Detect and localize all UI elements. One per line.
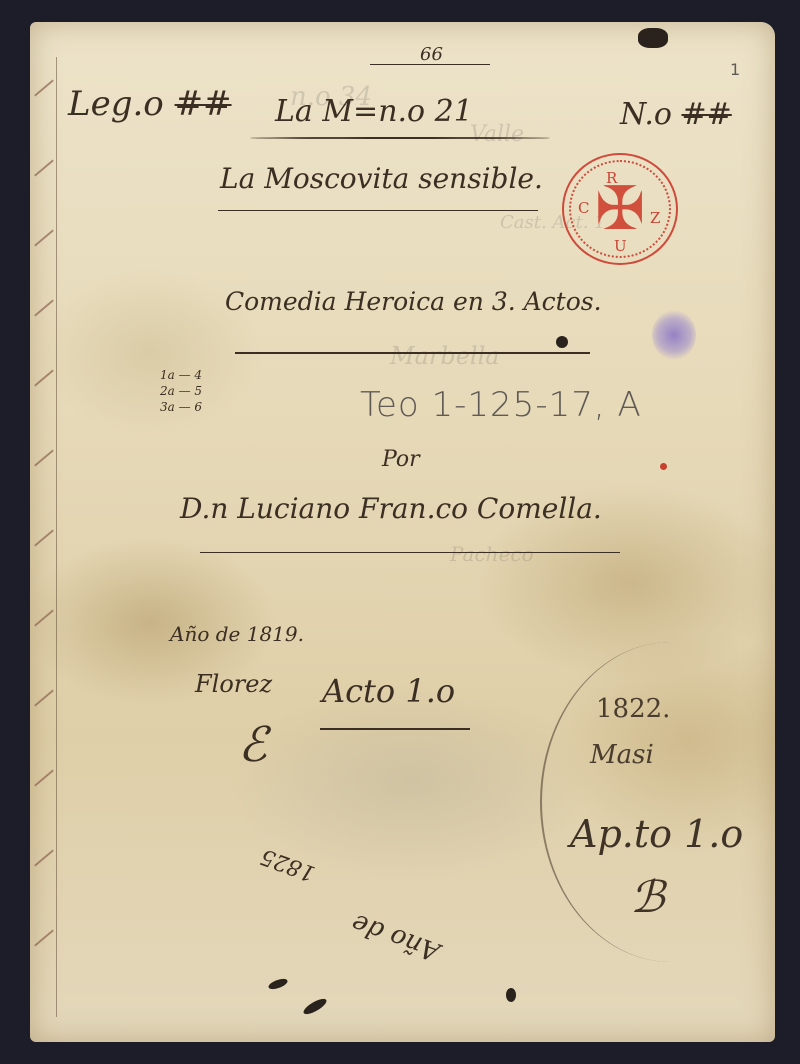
- ink-blot: [267, 977, 289, 991]
- act-count: 2a — 5: [160, 383, 202, 399]
- struck-superscript: 66: [420, 44, 443, 65]
- genre-line: Comedia Heroica en 3. Actos.: [225, 287, 602, 316]
- strike-line: [370, 64, 490, 65]
- bundle-mark: Leg.o ##: [68, 84, 232, 124]
- act-heading: Acto 1.o: [322, 672, 455, 710]
- margin-arc: [540, 642, 800, 962]
- maltese-cross-icon: ✠: [595, 179, 645, 239]
- act-count-list: 1a — 4 2a — 5 3a — 6: [160, 367, 202, 415]
- genre-underline: [235, 352, 590, 354]
- ink-blot: [506, 988, 516, 1002]
- bleed-through-text: Pacheco: [450, 542, 534, 566]
- stamp-letter: R: [606, 169, 617, 187]
- author-name: D.n Luciano Fran.co Comella.: [180, 492, 602, 525]
- purple-ink-stamp: [652, 310, 696, 360]
- note-flourish: ℬ: [630, 872, 665, 923]
- title-underline: [218, 210, 538, 211]
- inverted-note: Año de: [348, 907, 444, 966]
- author-underline: [200, 552, 620, 553]
- act-underline: [320, 728, 470, 730]
- bleed-through-text: Marbella: [390, 342, 500, 370]
- by-label: Por: [382, 447, 420, 472]
- bleed-through-text: Valle: [470, 122, 524, 147]
- stamp-letter: U: [614, 237, 627, 255]
- sewn-binding: [30, 57, 57, 1017]
- year-note: Año de 1819.: [170, 622, 304, 646]
- ink-blot: [638, 28, 668, 48]
- red-dot: [660, 463, 667, 470]
- play-title: La Moscovita sensible.: [220, 162, 543, 195]
- note-approval: Ap.to 1.o: [570, 812, 743, 856]
- act-count: 1a — 4: [160, 367, 202, 383]
- stamp-letter: Z: [650, 209, 660, 227]
- manuscript-page: n.o 34 Valle Cast. Act. 1 Marbella Pache…: [30, 22, 775, 1042]
- red-cross-stamp: ✠ C R U Z: [562, 153, 678, 265]
- struck-number: ##: [175, 84, 232, 124]
- bundle-label: Leg.o: [68, 84, 164, 124]
- catalog-number: La M=n.o 21: [275, 94, 473, 129]
- ink-blot: [301, 996, 328, 1017]
- act-count: 3a — 6: [160, 399, 202, 415]
- struck-number: ##: [681, 97, 731, 132]
- number-label: N.o: [620, 97, 672, 132]
- shelfmark: Teo 1-125-17, A: [360, 385, 642, 425]
- ink-blot: [556, 336, 568, 348]
- stamp-letter: C: [578, 199, 589, 217]
- note-year: 1822.: [596, 694, 670, 724]
- signature-florez: Florez: [195, 670, 272, 698]
- number-mark: N.o ##: [620, 97, 732, 132]
- brace-line: [250, 137, 550, 139]
- signature-flourish: ℰ: [238, 717, 267, 773]
- note-name: Masi: [590, 740, 654, 770]
- page-number: 1: [730, 60, 740, 79]
- inverted-note: 1825: [257, 843, 318, 886]
